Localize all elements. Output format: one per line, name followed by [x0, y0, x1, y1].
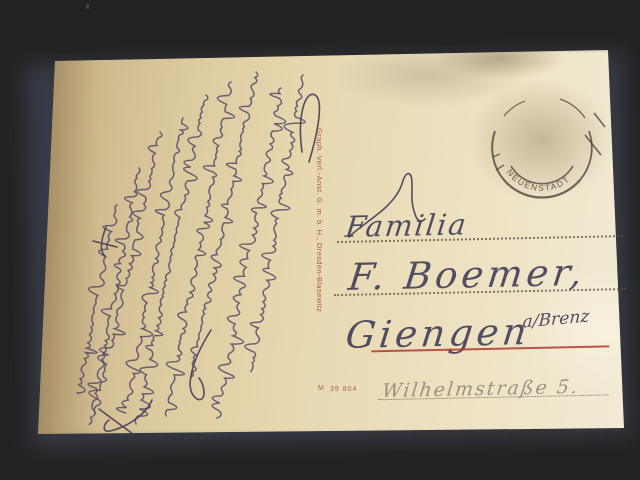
address-block: Familia F. Boemer, Giengen a/Brenz Wilhe… — [0, 0, 640, 480]
photo-of-postcard-back: Graph. Verl.-Anst. G. m. b. H., Dresden-… — [0, 0, 640, 480]
